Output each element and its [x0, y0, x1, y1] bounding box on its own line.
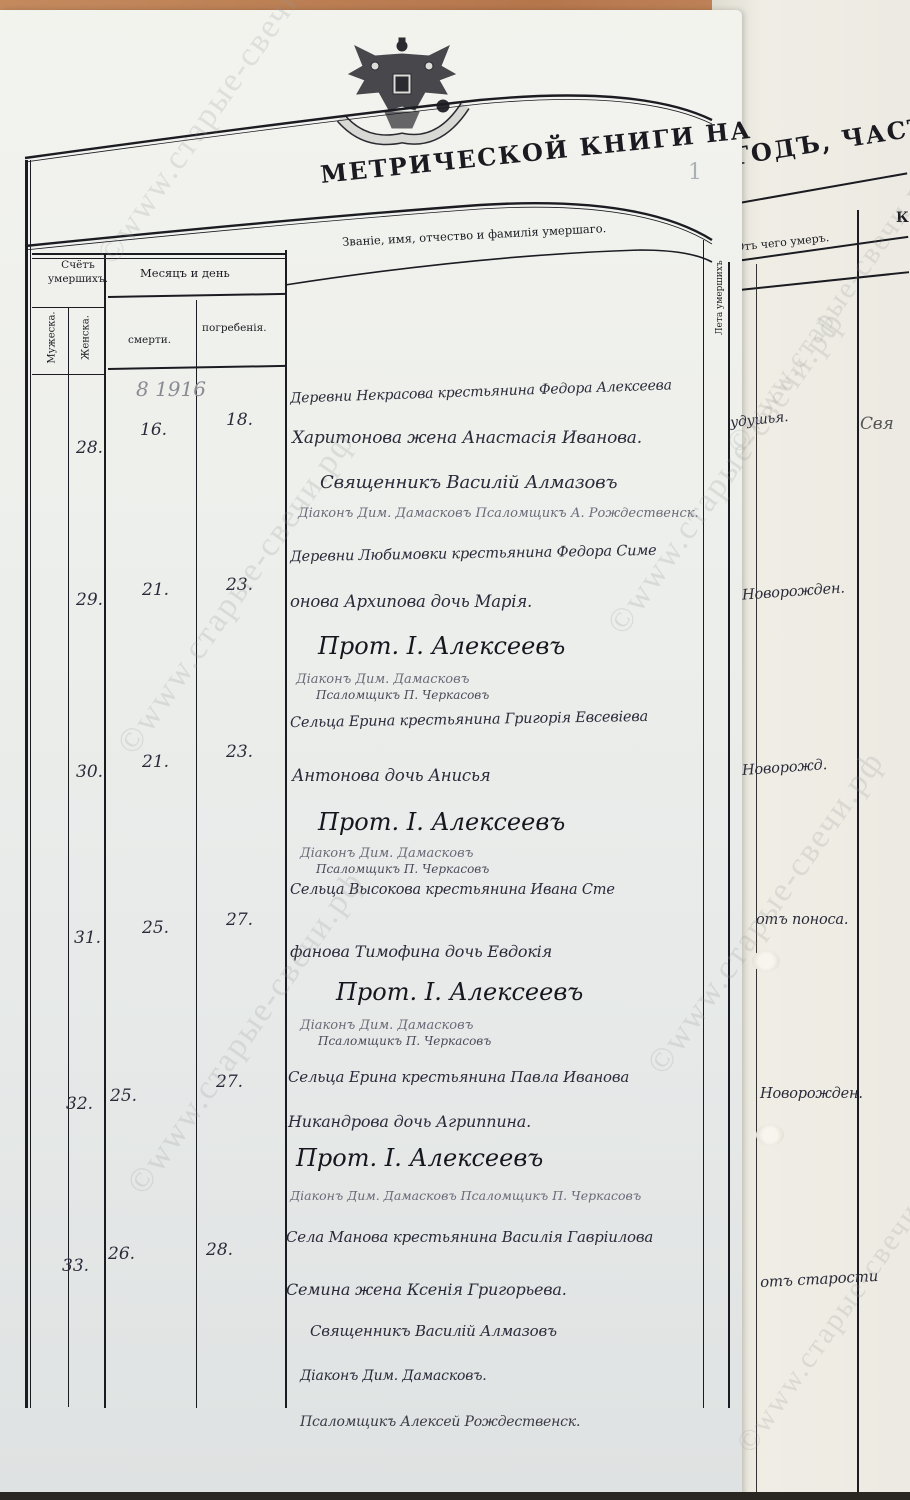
- entry-number: 28.: [76, 438, 103, 458]
- officiant-signature: Діаконъ Дим. Дамасковъ: [300, 846, 473, 861]
- entry-number: 31.: [74, 928, 101, 948]
- death-day: 21.: [142, 752, 169, 772]
- death-day: 26.: [108, 1244, 135, 1264]
- entry-line: Никандрова дочь Агриппина.: [288, 1112, 531, 1131]
- death-day: 16.: [140, 420, 167, 440]
- col-divider-count-month: [104, 253, 106, 1408]
- frame-left-inner: [30, 160, 31, 1408]
- officiant-signature: Священникъ Василій Алмазовъ: [310, 1322, 557, 1340]
- header-rule: [32, 253, 286, 255]
- header-death: смерти.: [128, 334, 171, 346]
- officiant-signature: Діаконъ Дим. Дамасковъ Псаломщикъ П. Чер…: [290, 1188, 641, 1203]
- header-count-male: Мужеска.: [47, 308, 58, 368]
- col-divider-death-burial: [196, 300, 197, 1408]
- header-age: Лета умершихъ: [715, 275, 725, 335]
- officiant-signature: Діаконъ Дим. Дамасковъ: [296, 672, 469, 687]
- entry-number: 29.: [76, 590, 103, 610]
- officiant-signature: Прот. І. Алексеевъ: [318, 808, 565, 836]
- burial-day: 18.: [226, 410, 253, 430]
- col-divider-name-age: [703, 240, 704, 1408]
- officiant-signature: Прот. І. Алексеевъ: [296, 1144, 543, 1172]
- death-day: 21.: [142, 580, 169, 600]
- officiant-signature: Прот. І. Алексеевъ: [318, 632, 565, 660]
- officiant-signature: Діаконъ Дим. Дамасковъ.: [300, 1368, 487, 1384]
- col-divider-male-female: [68, 307, 69, 1407]
- book-edge-shadow: [0, 1492, 910, 1500]
- entry-number: 30.: [76, 762, 103, 782]
- cause-of-death: Новорожден.: [760, 1086, 863, 1102]
- header-count: Счётъ умершихъ.: [48, 258, 108, 286]
- officiant-signature: Діаконъ Дим. Дамасковъ: [300, 1018, 473, 1033]
- header-month-day: Месяцъ и день: [140, 266, 230, 280]
- header-count-female: Женска.: [81, 308, 92, 368]
- officiant-signature: Псаломщикъ П. Черкасовъ: [318, 1034, 491, 1048]
- month-note: 8 1916: [136, 377, 206, 401]
- frame-left: [25, 160, 28, 1408]
- officiant-signature: Священникъ Василій Алмазовъ: [320, 472, 617, 493]
- officiant-signature: Діаконъ Дим. Дамасковъ Псаломщикъ А. Рож…: [298, 506, 699, 521]
- year-fragment: 1: [688, 160, 702, 185]
- burial-day: 23.: [226, 742, 253, 762]
- header-burial: погребенія.: [202, 322, 267, 334]
- officiant-signature: Прот. І. Алексеевъ: [336, 978, 583, 1006]
- death-day: 25.: [110, 1086, 137, 1106]
- entry-line: Семина жена Ксенія Григорьева.: [286, 1280, 567, 1299]
- entry-line: Антонова дочь Анисья: [292, 766, 490, 785]
- entry-line: онова Архипова дочь Марія.: [290, 592, 532, 611]
- entry-number: 32.: [66, 1094, 93, 1114]
- burial-day: 28.: [206, 1240, 233, 1260]
- officiant-fragment: Свя: [860, 414, 894, 434]
- death-day: 25.: [142, 918, 169, 938]
- entry-line: Сельца Ерина крестьянина Павла Иванова: [288, 1068, 629, 1086]
- binding-tear: [756, 1124, 784, 1146]
- officiant-signature: Псаломщикъ Алексей Рождественск.: [300, 1414, 580, 1430]
- officiant-signature: Псаломщикъ П. Черкасовъ: [316, 688, 489, 702]
- entry-number: 33.: [62, 1256, 89, 1276]
- entry-line: Села Манова крестьянина Василія Гавріило…: [286, 1228, 653, 1246]
- burial-day: 27.: [226, 910, 253, 930]
